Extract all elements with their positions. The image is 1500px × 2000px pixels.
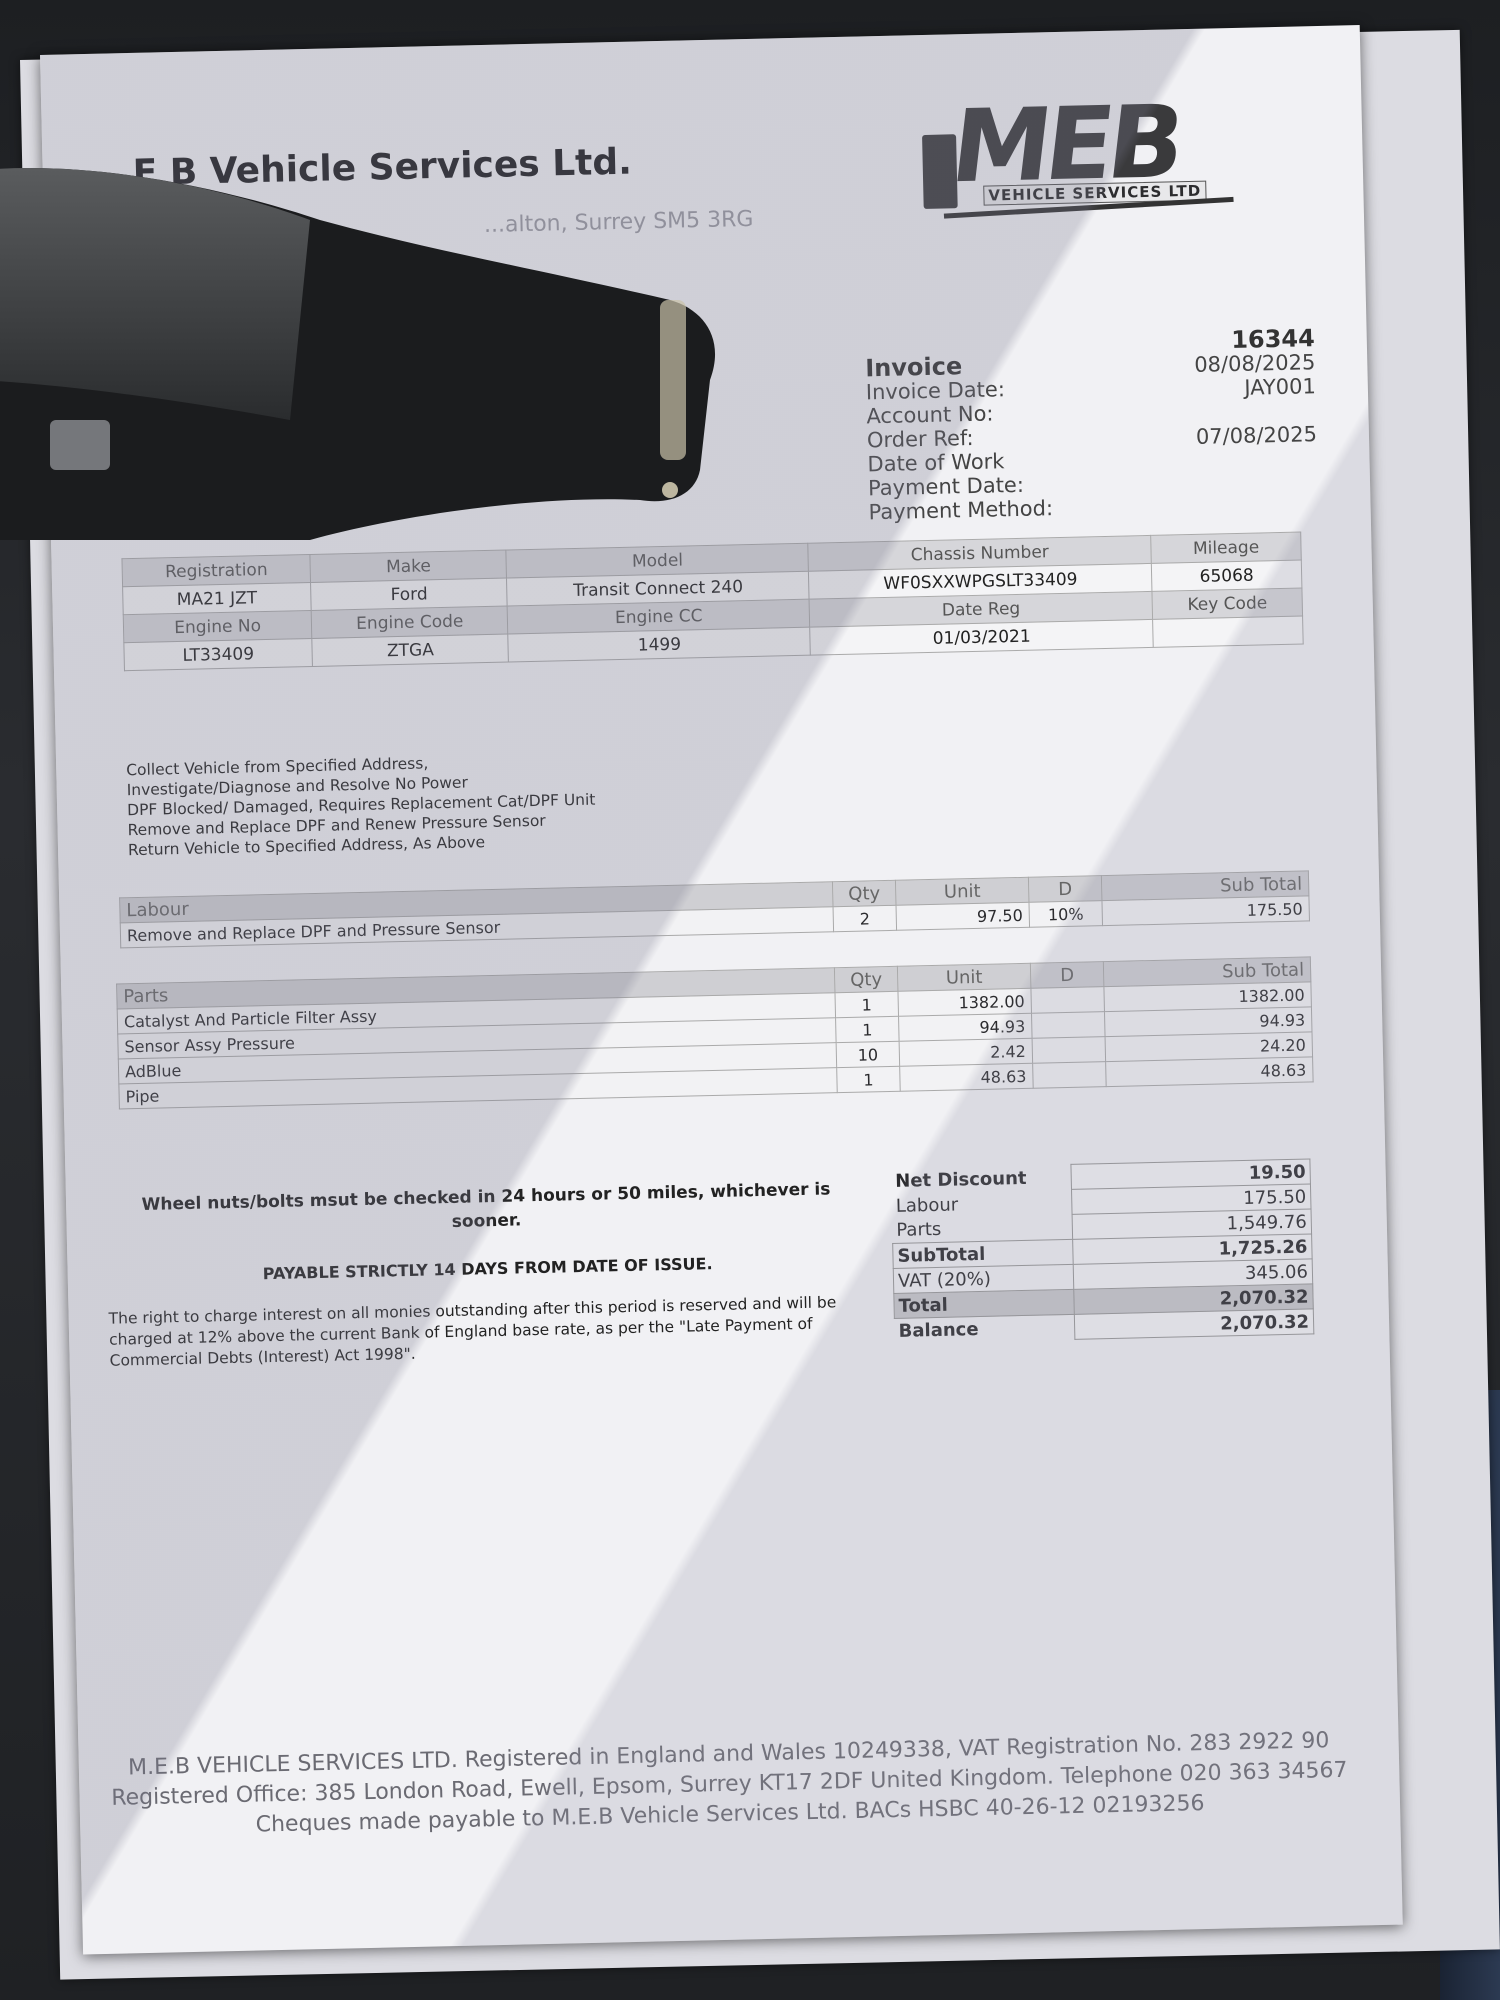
qty-header: Qty	[832, 880, 896, 906]
labour-qty: 2	[833, 905, 897, 931]
header-engine-code: Engine Code	[311, 606, 508, 638]
labour-table: Labour Qty Unit D Sub Total Remove and R…	[119, 870, 1310, 948]
invoice-footer: M.E.B VEHICLE SERVICES LTD. Registered i…	[99, 1726, 1361, 1845]
part-qty: 1	[835, 991, 899, 1017]
work-description: Collect Vehicle from Specified Address, …	[126, 750, 596, 861]
part-qty: 1	[837, 1066, 901, 1092]
company-address: ...alton, Surrey SM5 3RG	[484, 207, 754, 238]
labour-subtotal: 175.50	[1102, 896, 1310, 926]
wheel-check-notice: Wheel nuts/bolts msut be checked in 24 h…	[106, 1177, 867, 1242]
discount-header: D	[1030, 962, 1104, 989]
account-no: JAY001	[1195, 374, 1317, 401]
payment-terms: PAYABLE STRICTLY 14 DAYS FROM DATE OF IS…	[108, 1251, 868, 1287]
engine-code: ZTGA	[312, 634, 509, 666]
unit-header: Unit	[897, 963, 1031, 991]
balance-value: 2,070.32	[1074, 1309, 1314, 1339]
invoice-number: 16344	[1193, 326, 1315, 353]
engine-no: LT33409	[124, 638, 313, 670]
totals-table: Net Discount 19.50 Labour 175.50 Parts 1…	[890, 1158, 1314, 1343]
balance-label: Balance	[894, 1314, 1075, 1343]
invoice-notes: Wheel nuts/bolts msut be checked in 24 h…	[106, 1177, 870, 1372]
unit-header: Unit	[895, 877, 1029, 905]
part-qty: 1	[836, 1016, 900, 1042]
header-mileage: Mileage	[1151, 532, 1301, 563]
part-subtotal: 48.63	[1106, 1057, 1314, 1087]
invoice-values: 16344 08/08/2025 JAY001 07/08/2025	[1193, 326, 1317, 449]
labour-discount: 10%	[1029, 901, 1103, 928]
invoice-date: 08/08/2025	[1194, 350, 1316, 377]
registration: MA21 JZT	[123, 582, 312, 614]
header-engine-no: Engine No	[123, 610, 312, 642]
qty-header: Qty	[834, 966, 898, 992]
header-make: Make	[310, 550, 507, 582]
part-unit: 1382.00	[898, 988, 1032, 1016]
invoice-details: Invoice Invoice Date: Account No: Order …	[865, 346, 1315, 356]
invoice-page: E B Vehicle Services Ltd. ...alton, Surr…	[40, 25, 1403, 1954]
company-logo: MEB VEHICLE SERVICES LTD	[921, 88, 1224, 215]
mileage: 65068	[1151, 560, 1301, 591]
invoice-labels: Invoice Invoice Date: Account No: Order …	[865, 352, 1053, 524]
part-unit: 2.42	[899, 1038, 1033, 1066]
vehicle-table: Registration Make Model Chassis Number M…	[121, 532, 1303, 672]
discount-header: D	[1028, 876, 1102, 903]
part-discount	[1032, 1037, 1106, 1064]
part-unit: 94.93	[899, 1013, 1033, 1041]
labour-unit: 97.50	[896, 902, 1030, 930]
part-discount	[1031, 987, 1105, 1014]
interest-clause: The right to charge interest on all moni…	[108, 1292, 869, 1372]
header-key-code: Key Code	[1152, 588, 1302, 619]
make: Ford	[311, 578, 508, 610]
parts-table: Parts Qty Unit D Sub Total Catalyst And …	[116, 956, 1314, 1109]
label-payment-method: Payment Method:	[868, 496, 1053, 524]
part-qty: 10	[836, 1041, 900, 1067]
header-registration: Registration	[122, 554, 311, 586]
company-name: E B Vehicle Services Ltd.	[132, 142, 632, 194]
part-unit: 48.63	[900, 1063, 1034, 1091]
key-code	[1153, 616, 1303, 647]
engine-cc: 1499	[508, 627, 810, 662]
part-discount	[1033, 1062, 1107, 1089]
order-ref	[1195, 398, 1317, 425]
date-of-work: 07/08/2025	[1196, 422, 1318, 449]
part-discount	[1031, 1012, 1105, 1039]
